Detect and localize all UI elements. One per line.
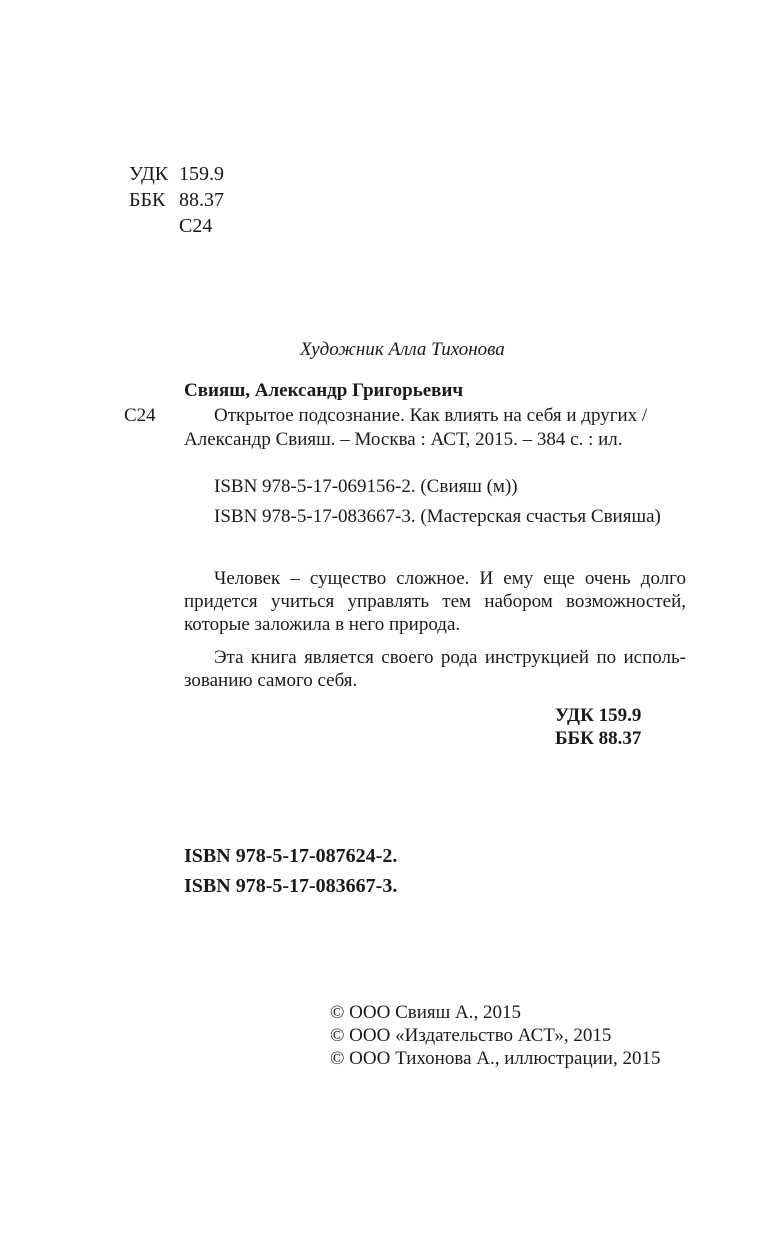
annotation-p2-line-2: зованию самого себя. [184, 669, 357, 693]
title-line-1: Открытое подсознание. Как влиять на себя… [214, 404, 647, 428]
bbk-bottom: ББК 88.37 [555, 727, 641, 751]
isbn-series-2: ISBN 978-5-17-083667-3. (Мастерская счас… [214, 505, 661, 529]
udk-label: УДК [129, 162, 179, 186]
author-mark: С24 [124, 404, 156, 428]
isbn-line: ISBN 978-5-17-087624-2. [184, 843, 397, 869]
udk-bottom: УДК 159.9 [555, 704, 641, 728]
bbk-label: ББК [129, 188, 179, 212]
udk-value: 159.9 [179, 162, 224, 186]
udk-row: УДК159.9 [129, 162, 224, 186]
author-mark-top: С24 [179, 214, 212, 238]
copyright-line: © ООО Свияш А., 2015 [330, 1001, 521, 1025]
isbn-series-1: ISBN 978-5-17-069156-2. (Свияш (м)) [214, 475, 518, 499]
bbk-value: 88.37 [179, 188, 224, 212]
annotation-p1-line-2: придется учиться управлять тем набором в… [184, 590, 686, 614]
annotation-p1-line-1: Человек – существо сложное. И ему еще оч… [214, 567, 686, 591]
annotation-p2-line-1: Эта книга является своего рода инструкци… [214, 646, 686, 670]
author-heading: Свияш, Александр Григорьевич [184, 379, 463, 403]
title-line-2: Александр Свияш. – Москва : АСТ, 2015. –… [184, 428, 623, 452]
copyright-line: © ООО «Издательство АСТ», 2015 [330, 1024, 611, 1048]
bbk-row: ББК88.37 [129, 188, 224, 212]
annotation-p1-line-3: которые заложила в него природа. [184, 613, 460, 637]
copyright-line: © ООО Тихонова А., иллюстрации, 2015 [330, 1047, 660, 1071]
isbn-line: ISBN 978-5-17-083667-3. [184, 873, 397, 899]
artist-credit: Художник Алла Тихонова [300, 338, 505, 362]
